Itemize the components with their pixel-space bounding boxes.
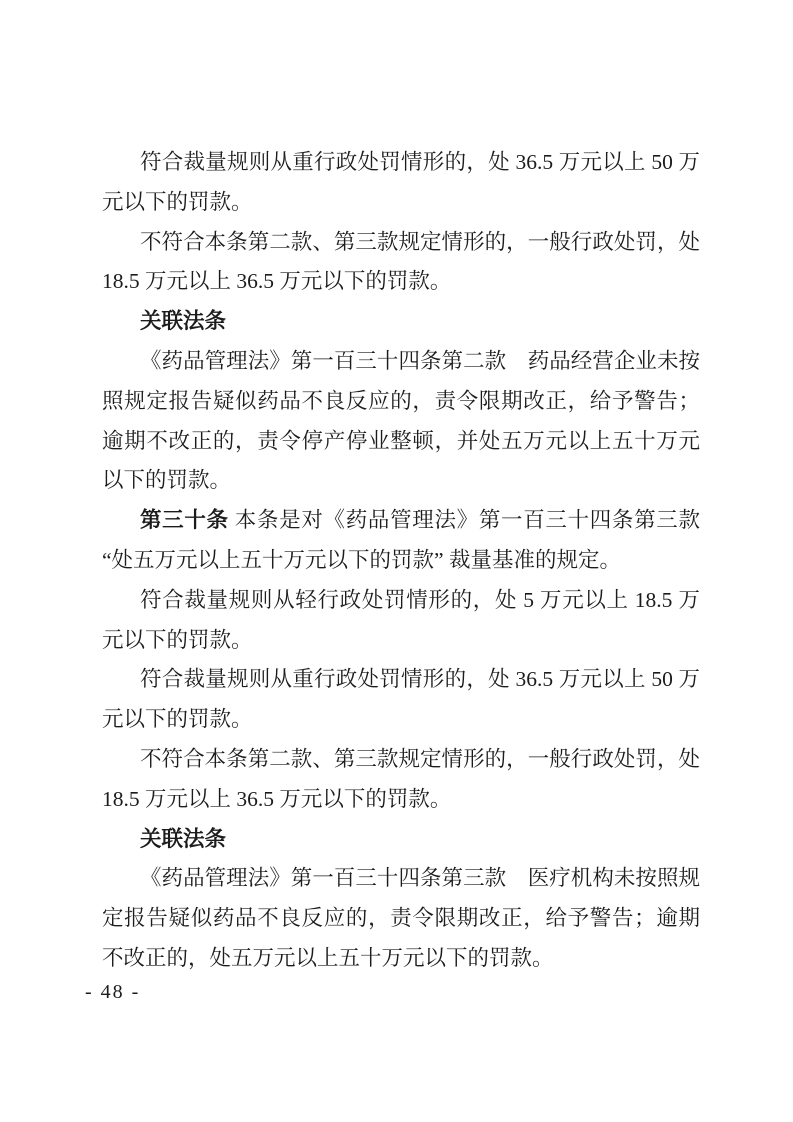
paragraph: 《药品管理法》第一百三十四条第二款 药品经营企业未按照规定报告疑似药品不良反应的… — [102, 342, 700, 501]
text-block: 符合裁量规则从重行政处罚情形的，处 36.5 万元以上 50 万元以下的罚款。不… — [102, 143, 700, 979]
body-text: 符合裁量规则从重行政处罚情形的，处 36.5 万元以上 50 万元以下的罚款。 — [102, 150, 700, 214]
paragraph: 《药品管理法》第一百三十四条第三款 医疗机构未按照规定报告疑似药品不良反应的，责… — [102, 859, 700, 978]
emphasized-text: 关联法条 — [140, 309, 226, 333]
paragraph: 符合裁量规则从重行政处罚情形的，处 36.5 万元以上 50 万元以下的罚款。 — [102, 660, 700, 740]
body-text: 符合裁量规则从重行政处罚情形的，处 36.5 万元以上 50 万元以下的罚款。 — [102, 667, 700, 731]
paragraph: 符合裁量规则从重行政处罚情形的，处 36.5 万元以上 50 万元以下的罚款。 — [102, 143, 700, 223]
body-text: 不符合本条第二款、第三款规定情形的，一般行政处罚，处 18.5 万元以上 36.… — [102, 747, 700, 811]
emphasized-text: 关联法条 — [140, 827, 226, 851]
body-text: 《药品管理法》第一百三十四条第二款 药品经营企业未按照规定报告疑似药品不良反应的… — [102, 349, 700, 492]
paragraph: 第三十条 本条是对《药品管理法》第一百三十四条第三款“处五万元以上五十万元以下的… — [102, 501, 700, 581]
document-page: 符合裁量规则从重行政处罚情形的，处 36.5 万元以上 50 万元以下的罚款。不… — [0, 0, 793, 1122]
paragraph: 不符合本条第二款、第三款规定情形的，一般行政处罚，处 18.5 万元以上 36.… — [102, 740, 700, 820]
paragraph: 符合裁量规则从轻行政处罚情形的，处 5 万元以上 18.5 万元以下的罚款。 — [102, 581, 700, 661]
body-text: 不符合本条第二款、第三款规定情形的，一般行政处罚，处 18.5 万元以上 36.… — [102, 230, 700, 294]
paragraph: 不符合本条第二款、第三款规定情形的，一般行政处罚，处 18.5 万元以上 36.… — [102, 223, 700, 303]
page-number: - 48 - — [85, 980, 140, 1004]
body-text: 《药品管理法》第一百三十四条第三款 医疗机构未按照规定报告疑似药品不良反应的，责… — [102, 866, 700, 970]
section-heading: 关联法条 — [102, 302, 700, 342]
emphasized-text: 第三十条 — [140, 508, 229, 532]
body-text: 符合裁量规则从轻行政处罚情形的，处 5 万元以上 18.5 万元以下的罚款。 — [102, 588, 700, 652]
section-heading: 关联法条 — [102, 820, 700, 860]
